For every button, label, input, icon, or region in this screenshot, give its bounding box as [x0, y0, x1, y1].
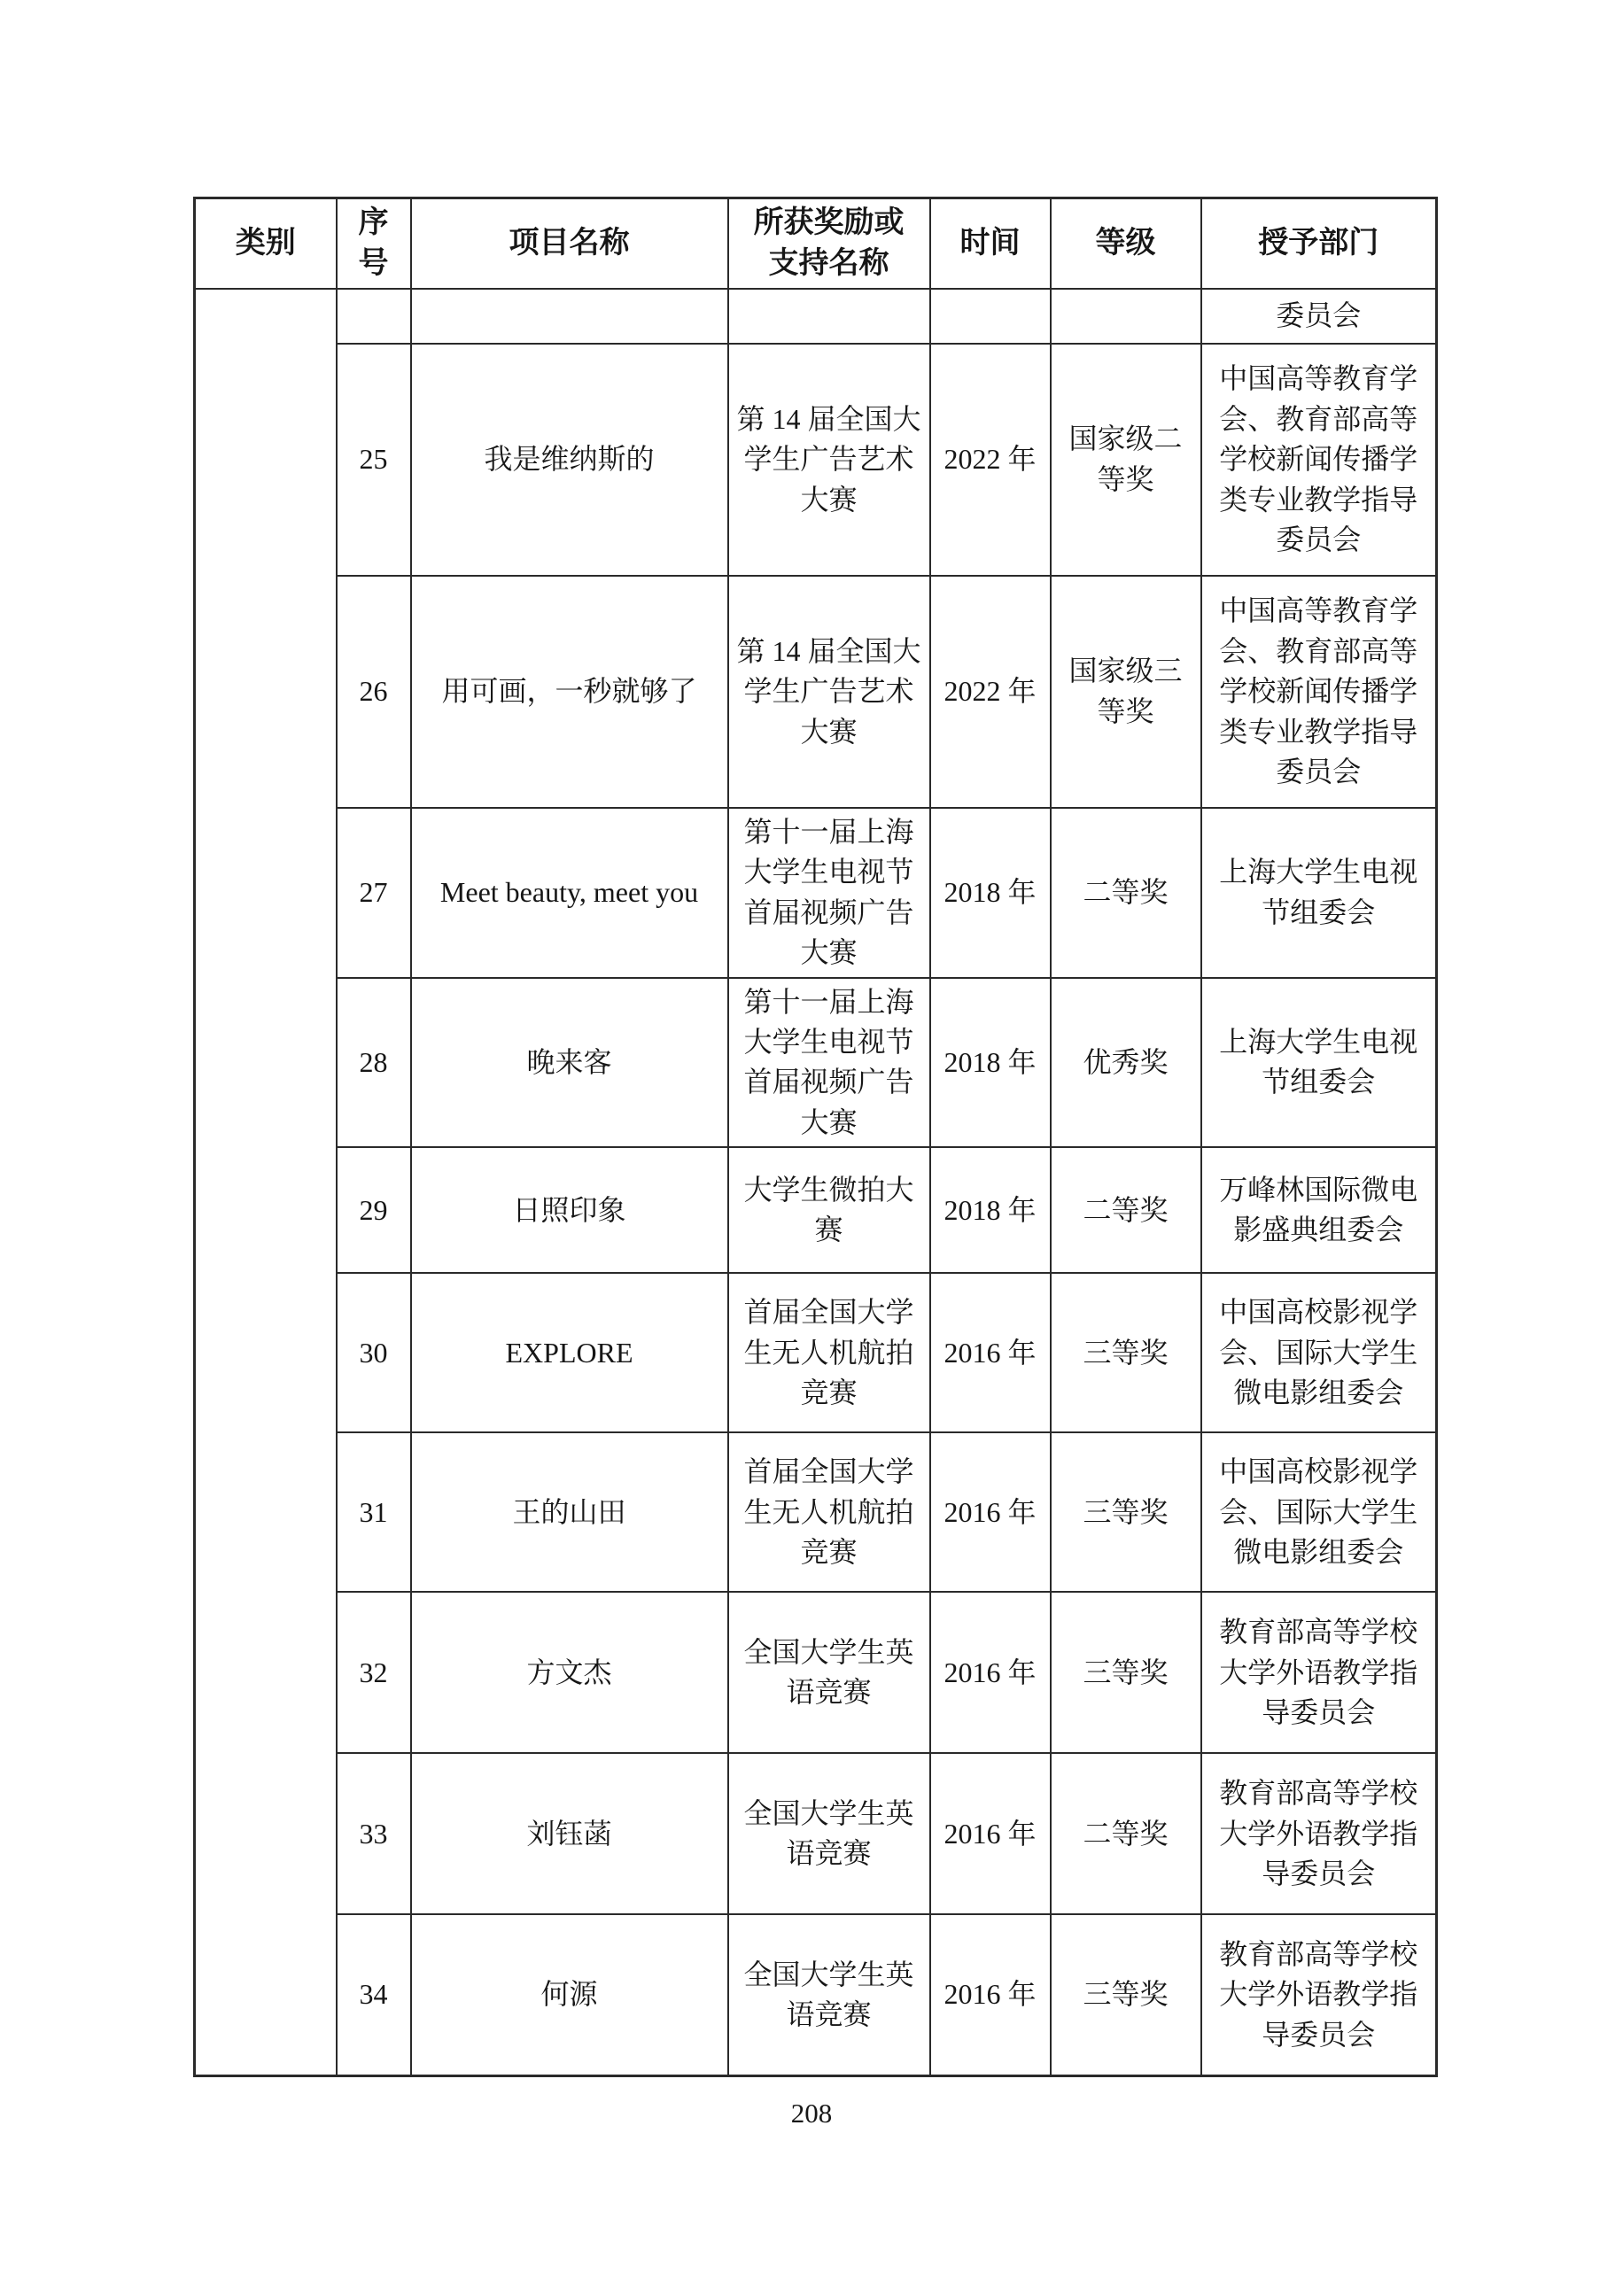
cell-award: 第 14 届全国大学生广告艺术大赛 — [728, 576, 930, 808]
cell-project: 日照印象 — [411, 1147, 728, 1273]
table-header-row: 类别 序 号 项目名称 所获奖励或 支持名称 时间 等级 授予部门 — [195, 198, 1437, 289]
cell-department: 中国高等教育学会、教育部高等学校新闻传播学类专业教学指导委员会 — [1201, 576, 1437, 808]
cell-award: 大学生微拍大赛 — [728, 1147, 930, 1273]
cell-project: 刘钰菡 — [411, 1753, 728, 1914]
cell-award: 第十一届上海大学生电视节首届视频广告大赛 — [728, 978, 930, 1148]
cell-award — [728, 289, 930, 344]
page-number: 208 — [0, 2098, 1623, 2129]
cell-level — [1051, 289, 1201, 344]
cell-department: 教育部高等学校大学外语教学指导委员会 — [1201, 1914, 1437, 2075]
cell-time: 2018 年 — [930, 1147, 1051, 1273]
carryover-row: 委员会 — [195, 289, 1437, 344]
cell-index: 30 — [337, 1273, 411, 1432]
cell-time: 2016 年 — [930, 1914, 1051, 2075]
cell-time: 2016 年 — [930, 1432, 1051, 1592]
cell-department: 教育部高等学校大学外语教学指导委员会 — [1201, 1592, 1437, 1753]
cell-level: 优秀奖 — [1051, 978, 1201, 1148]
cell-award: 首届全国大学生无人机航拍竞赛 — [728, 1273, 930, 1432]
cell-time: 2016 年 — [930, 1273, 1051, 1432]
awards-table: 类别 序 号 项目名称 所获奖励或 支持名称 时间 等级 授予部门 委员会 25… — [193, 197, 1438, 2077]
table-row: 25 我是维纳斯的 第 14 届全国大学生广告艺术大赛 2022 年 国家级二等… — [195, 344, 1437, 576]
cell-time: 2016 年 — [930, 1592, 1051, 1753]
cell-index: 32 — [337, 1592, 411, 1753]
cell-award: 首届全国大学生无人机航拍竞赛 — [728, 1432, 930, 1592]
table-row: 32 方文杰 全国大学生英语竞赛 2016 年 三等奖 教育部高等学校大学外语教… — [195, 1592, 1437, 1753]
table-row: 34 何源 全国大学生英语竞赛 2016 年 三等奖 教育部高等学校大学外语教学… — [195, 1914, 1437, 2075]
cell-index: 31 — [337, 1432, 411, 1592]
col-header-department: 授予部门 — [1201, 198, 1437, 289]
cell-index: 33 — [337, 1753, 411, 1914]
cell-project: EXPLORE — [411, 1273, 728, 1432]
cell-index: 25 — [337, 344, 411, 576]
cell-award: 第十一届上海大学生电视节首届视频广告大赛 — [728, 808, 930, 978]
cell-time — [930, 289, 1051, 344]
cell-time: 2016 年 — [930, 1753, 1051, 1914]
category-merged-cell — [195, 289, 337, 2076]
cell-time: 2022 年 — [930, 576, 1051, 808]
cell-level: 二等奖 — [1051, 808, 1201, 978]
col-header-time: 时间 — [930, 198, 1051, 289]
cell-department: 教育部高等学校大学外语教学指导委员会 — [1201, 1753, 1437, 1914]
cell-department: 委员会 — [1201, 289, 1437, 344]
cell-department: 上海大学生电视节组委会 — [1201, 808, 1437, 978]
table-row: 33 刘钰菡 全国大学生英语竞赛 2016 年 二等奖 教育部高等学校大学外语教… — [195, 1753, 1437, 1914]
cell-level: 三等奖 — [1051, 1432, 1201, 1592]
cell-index: 29 — [337, 1147, 411, 1273]
table-row: 26 用可画，一秒就够了 第 14 届全国大学生广告艺术大赛 2022 年 国家… — [195, 576, 1437, 808]
cell-project: 晚来客 — [411, 978, 728, 1148]
cell-time: 2022 年 — [930, 344, 1051, 576]
cell-time: 2018 年 — [930, 808, 1051, 978]
cell-index — [337, 289, 411, 344]
cell-level: 三等奖 — [1051, 1273, 1201, 1432]
col-header-award: 所获奖励或 支持名称 — [728, 198, 930, 289]
cell-department: 中国高等教育学会、教育部高等学校新闻传播学类专业教学指导委员会 — [1201, 344, 1437, 576]
cell-department: 中国高校影视学会、国际大学生微电影组委会 — [1201, 1273, 1437, 1432]
cell-project: 何源 — [411, 1914, 728, 2075]
cell-index: 26 — [337, 576, 411, 808]
cell-index: 28 — [337, 978, 411, 1148]
cell-department: 万峰林国际微电影盛典组委会 — [1201, 1147, 1437, 1273]
document-page: 类别 序 号 项目名称 所获奖励或 支持名称 时间 等级 授予部门 委员会 25… — [0, 0, 1623, 2296]
col-header-project: 项目名称 — [411, 198, 728, 289]
cell-project: 方文杰 — [411, 1592, 728, 1753]
col-header-level: 等级 — [1051, 198, 1201, 289]
cell-department: 中国高校影视学会、国际大学生微电影组委会 — [1201, 1432, 1437, 1592]
table-row: 30 EXPLORE 首届全国大学生无人机航拍竞赛 2016 年 三等奖 中国高… — [195, 1273, 1437, 1432]
cell-award: 全国大学生英语竞赛 — [728, 1914, 930, 2075]
table-row: 31 王的山田 首届全国大学生无人机航拍竞赛 2016 年 三等奖 中国高校影视… — [195, 1432, 1437, 1592]
table-row: 28 晚来客 第十一届上海大学生电视节首届视频广告大赛 2018 年 优秀奖 上… — [195, 978, 1437, 1148]
cell-index: 27 — [337, 808, 411, 978]
table-row: 29 日照印象 大学生微拍大赛 2018 年 二等奖 万峰林国际微电影盛典组委会 — [195, 1147, 1437, 1273]
cell-project: Meet beauty, meet you — [411, 808, 728, 978]
cell-level: 三等奖 — [1051, 1914, 1201, 2075]
cell-level: 国家级三等奖 — [1051, 576, 1201, 808]
cell-project: 王的山田 — [411, 1432, 728, 1592]
cell-project — [411, 289, 728, 344]
cell-level: 国家级二等奖 — [1051, 344, 1201, 576]
col-header-index: 序 号 — [337, 198, 411, 289]
cell-project: 用可画，一秒就够了 — [411, 576, 728, 808]
col-header-category: 类别 — [195, 198, 337, 289]
cell-award: 第 14 届全国大学生广告艺术大赛 — [728, 344, 930, 576]
cell-level: 三等奖 — [1051, 1592, 1201, 1753]
cell-level: 二等奖 — [1051, 1753, 1201, 1914]
table-row: 27 Meet beauty, meet you 第十一届上海大学生电视节首届视… — [195, 808, 1437, 978]
cell-index: 34 — [337, 1914, 411, 2075]
cell-department: 上海大学生电视节组委会 — [1201, 978, 1437, 1148]
cell-level: 二等奖 — [1051, 1147, 1201, 1273]
cell-time: 2018 年 — [930, 978, 1051, 1148]
cell-project: 我是维纳斯的 — [411, 344, 728, 576]
cell-award: 全国大学生英语竞赛 — [728, 1753, 930, 1914]
cell-award: 全国大学生英语竞赛 — [728, 1592, 930, 1753]
